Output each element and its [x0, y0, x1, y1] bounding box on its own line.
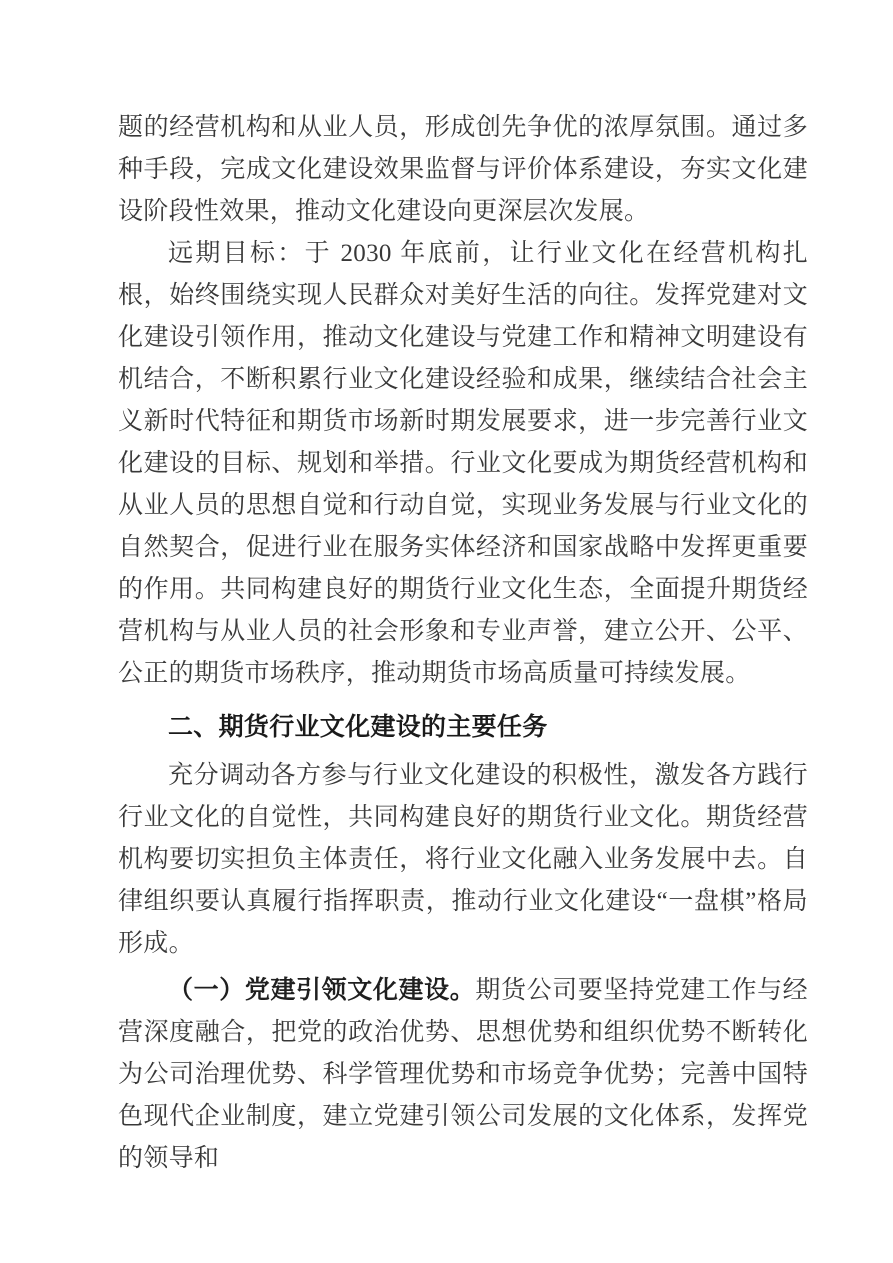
document-page: 题的经营机构和从业人员，形成创先争优的浓厚氛围。通过多种手段，完成文化建设效果监…: [0, 0, 893, 1263]
paragraph-long-term-goal: 远期目标：于 2030 年底前，让行业文化在经营机构扎根，始终围绕实现人民群众对…: [118, 233, 808, 695]
section-heading-main-tasks: 二、期货行业文化建设的主要任务: [118, 707, 808, 749]
paragraph-continuation: 题的经营机构和从业人员，形成创先争优的浓厚氛围。通过多种手段，完成文化建设效果监…: [118, 107, 808, 233]
paragraph-party-building: （一）党建引领文化建设。期货公司要坚持党建工作与经营深度融合，把党的政治优势、思…: [118, 970, 808, 1180]
paragraph-party-building-lead: （一）党建引领文化建设。: [168, 977, 475, 1004]
paragraph-tasks-intro: 充分调动各方参与行业文化建设的积极性，激发各方践行行业文化的自觉性，共同构建良好…: [118, 755, 808, 965]
paragraph-party-building-body: 期货公司要坚持党建工作与经营深度融合，把党的政治优势、思想优势和组织优势不断转化…: [118, 977, 808, 1172]
